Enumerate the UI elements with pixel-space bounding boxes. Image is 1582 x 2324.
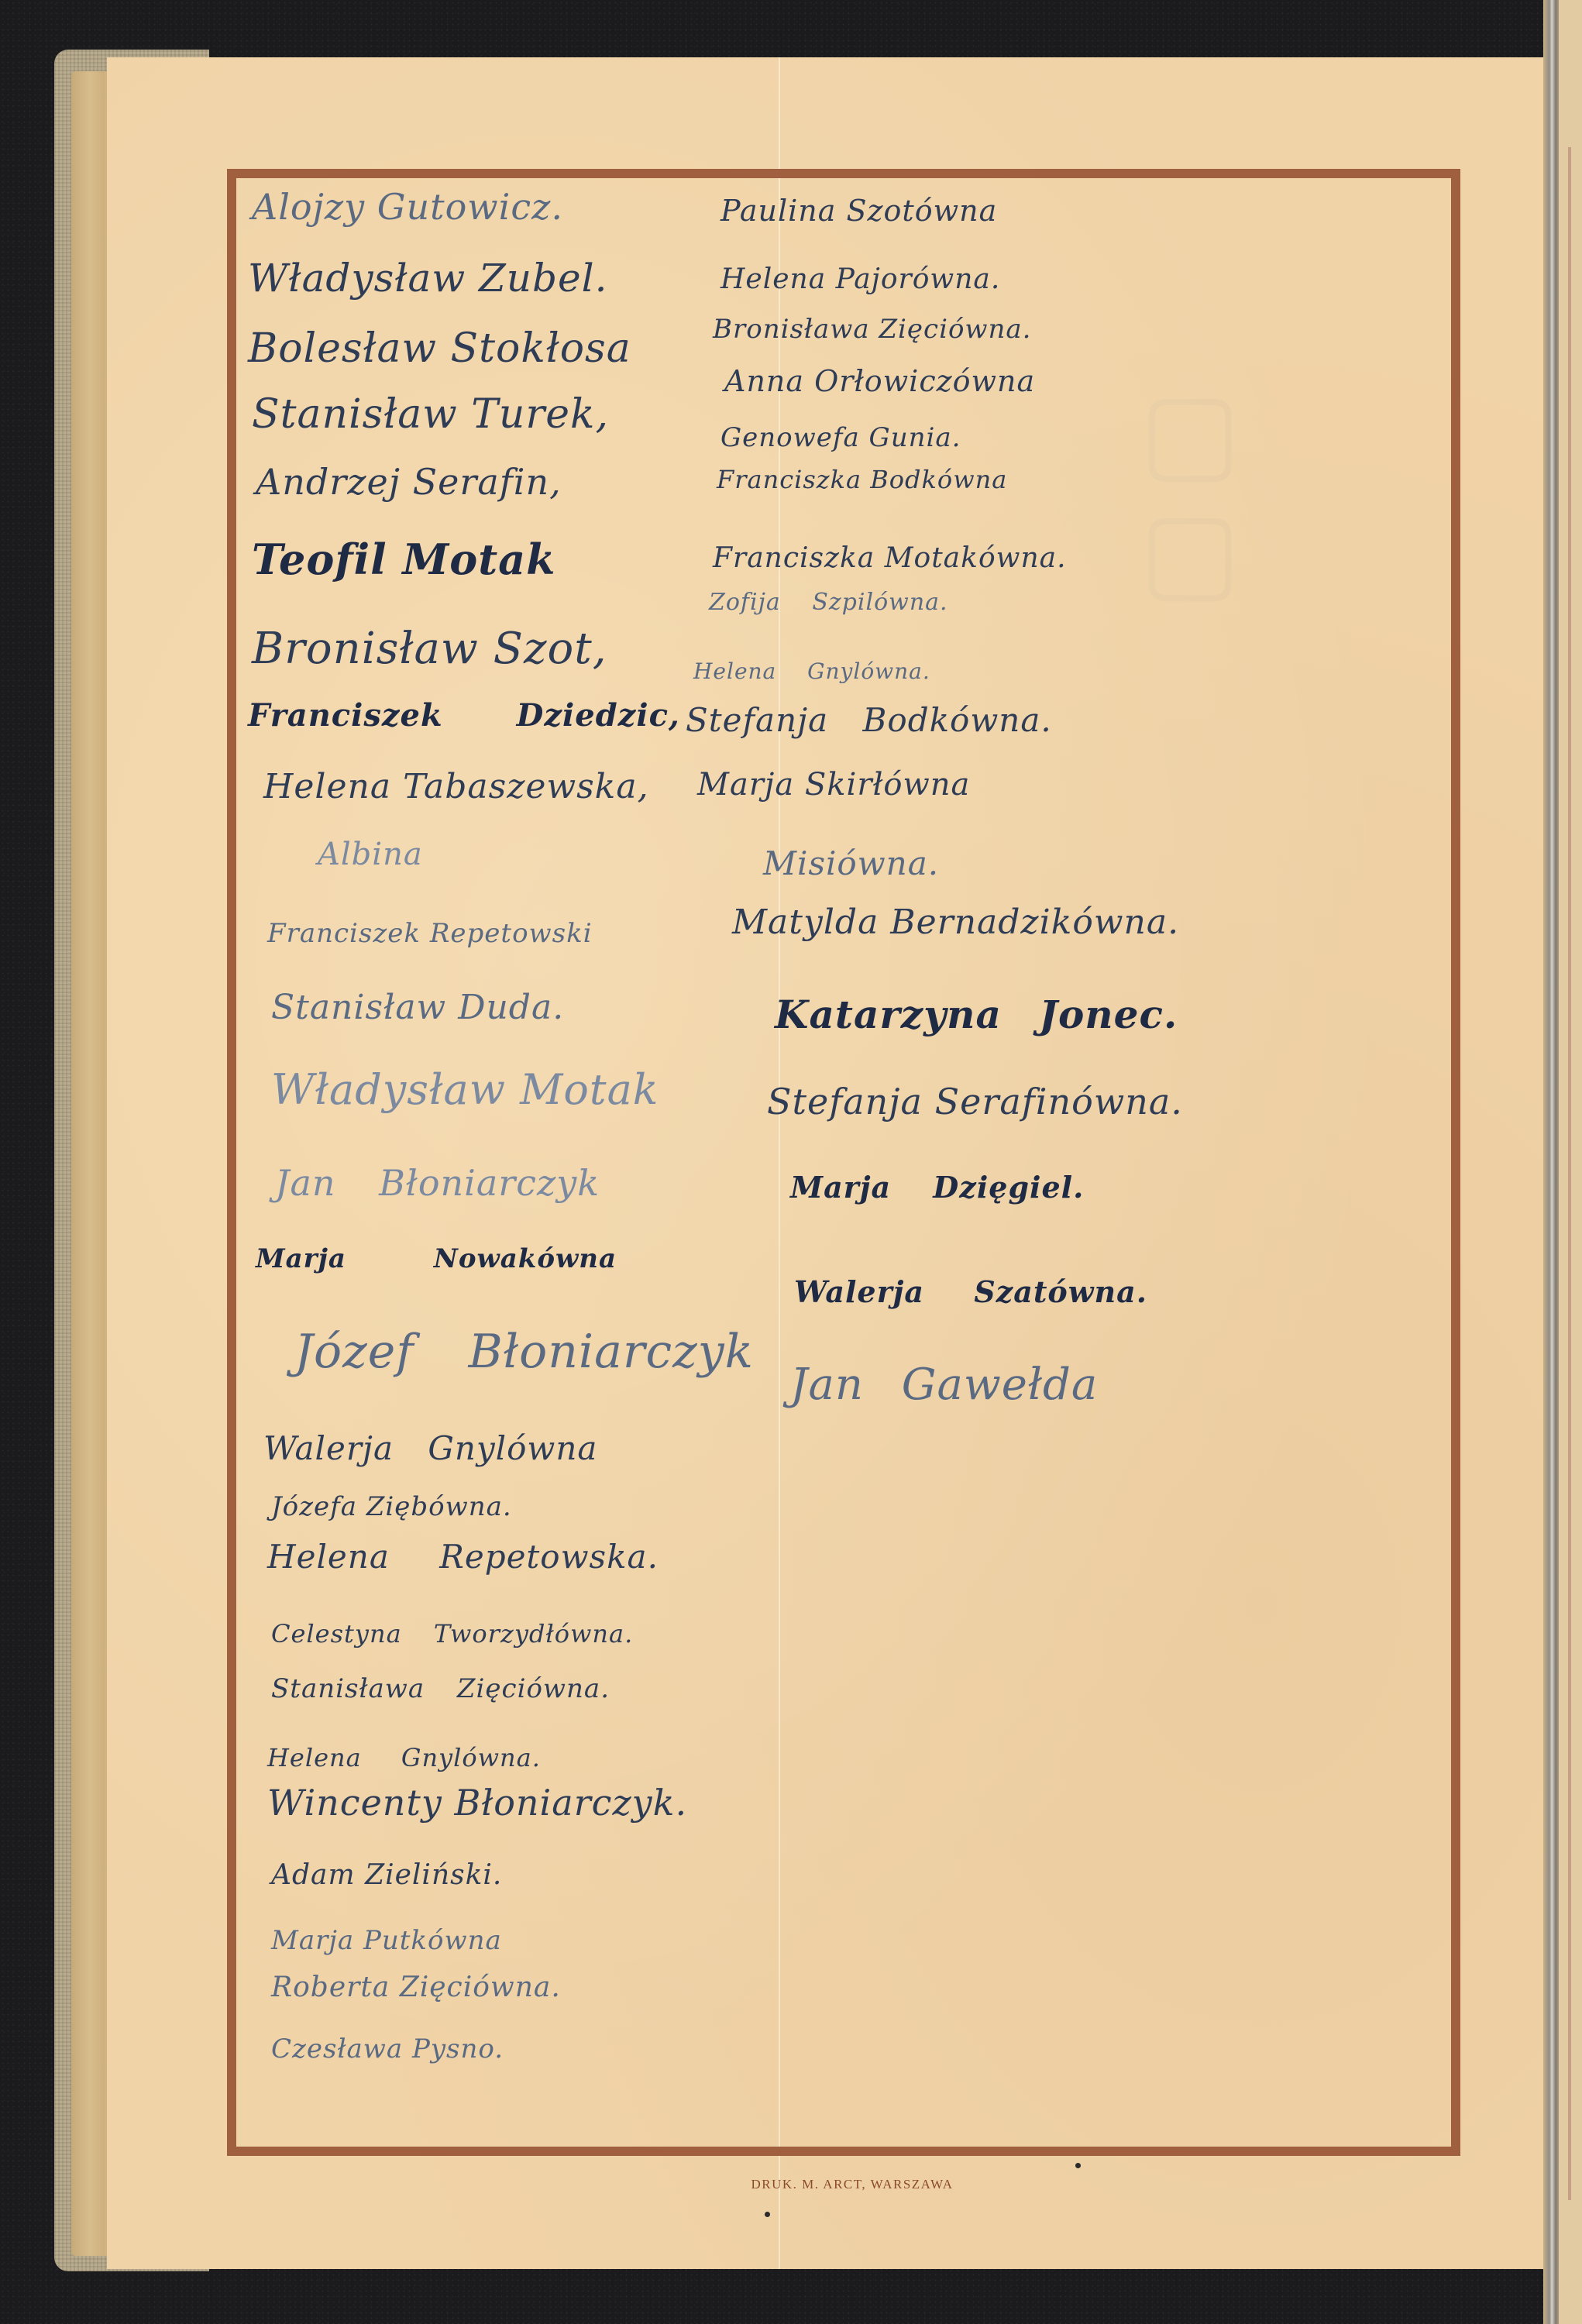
signature: Celestyna Tworzydłówna. [271, 1619, 633, 1648]
signature: Józefa Ziębówna. [271, 1491, 512, 1522]
signature: Bronisława Zięciówna. [713, 314, 1032, 345]
signature: Franciszka Bodkówna [717, 465, 1007, 494]
ink-speck [1075, 2163, 1081, 2168]
signature: Paulina Szotówna [720, 194, 997, 228]
book-gutter [1543, 0, 1559, 2324]
signature: Józef Błoniarczyk [294, 1325, 754, 1379]
signature: Stefanja Bodkówna. [686, 701, 1052, 739]
signature: Stanisław Duda. [271, 988, 564, 1027]
signature: Marja Dzięgiel. [790, 1170, 1084, 1205]
signature: Helena Gnylówna. [267, 1743, 541, 1772]
signature: Genowefa Gunia. [720, 422, 961, 453]
signature: Stanisław Turek, [252, 391, 609, 438]
signature: Stefanja Serafinówna. [767, 1081, 1183, 1122]
signature: Alojzy Gutowicz. [252, 186, 563, 228]
signature: Stanisława Zięciówna. [271, 1673, 610, 1704]
signature: Franciszka Motakówna. [713, 542, 1067, 574]
signature: Marja Nowakówna [256, 1243, 617, 1274]
signature: Marja Skirłówna [697, 767, 970, 803]
signature: Helena Tabaszewska, [263, 767, 649, 806]
signature: Anna Orłowiczówna [724, 364, 1035, 398]
signature: Albina [318, 837, 423, 872]
signature: Roberta Zięciówna. [271, 1972, 561, 2003]
signature: Czesława Pysno. [271, 2033, 504, 2064]
signature: Franciszek Dziedzic, [248, 697, 680, 734]
signature: Teofil Motak [252, 535, 556, 584]
signature: Jan Błoniarczyk [275, 1162, 600, 1204]
signature: Misiówna. [763, 844, 939, 882]
facing-page-frame [1568, 147, 1571, 2200]
signature: Zofija Szpilówna. [709, 589, 948, 616]
signature: Helena Gnylówna. [693, 658, 930, 684]
signature: Helena Pajorówna. [720, 263, 1000, 295]
signature: Katarzyna Jonec. [775, 992, 1178, 1037]
signature: Bolesław Stokłosa [248, 325, 631, 372]
signature: Władysław Motak [271, 1065, 659, 1114]
signature: Jan Gawełda [790, 1360, 1098, 1410]
signature: Walerja Gnylówna [263, 1429, 597, 1467]
signature: Walerja Szatówna. [794, 1274, 1147, 1309]
signature: Marja Putkówna [271, 1925, 502, 1956]
ink-speck [765, 2212, 770, 2217]
printer-imprint: DRUK. M. ARCT, WARSZAWA [620, 2177, 1085, 2192]
signature: Matylda Bernadzikówna. [732, 902, 1179, 942]
signature: Helena Repetowska. [267, 1538, 659, 1576]
signature: Bronisław Szot, [252, 624, 607, 674]
signature: Władysław Zubel. [248, 256, 607, 301]
signature: Adam Zieliński. [271, 1859, 502, 1891]
signature: Franciszek Repetowski [267, 918, 593, 949]
signature: Wincenty Błoniarczyk. [267, 1782, 687, 1824]
signature: Andrzej Serafin, [256, 461, 562, 503]
